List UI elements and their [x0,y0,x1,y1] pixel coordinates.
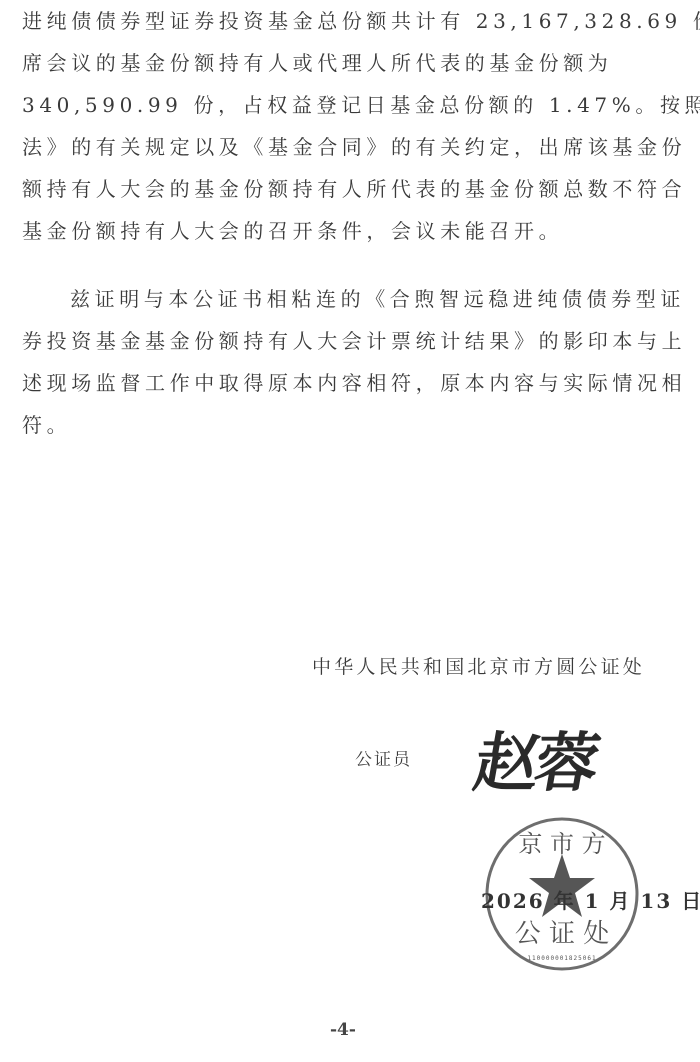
text-line: 券投资基金基金份额持有人大会计票统计结果》的影印本与上 [22,320,682,362]
text-line: 席会议的基金份额持有人或代理人所代表的基金份额为 [22,42,682,84]
paragraph-certification: 兹证明与本公证书相粘连的《合煦智远稳进纯债债券型证 券投资基金基金份额持有人大会… [22,278,682,446]
text-line: 兹证明与本公证书相粘连的《合煦智远稳进纯债债券型证 [22,278,682,320]
text-line: 法》的有关规定以及《基金合同》的有关约定，出席该基金份 [22,126,682,168]
svg-text:京 市 方: 京 市 方 [518,830,605,858]
text-line: 述现场监督工作中取得原本内容相符，原本内容与实际情况相 [22,362,682,404]
paragraph-meeting-result: 进纯债债券型证券投资基金总份额共计有 23,167,328.69 份。出 席会议… [22,0,682,252]
svg-text:公 证 处: 公 证 处 [515,919,610,949]
svg-text:110000001825061: 110000001825061 [527,955,596,962]
text-line: 340,590.99 份，占权益登记日基金总份额的 1.47%。按照《基金 [22,84,682,126]
signature: 赵蓉 [468,712,604,804]
notary-label: 公证员 [355,745,412,770]
text-line: 额持有人大会的基金份额持有人所代表的基金份额总数不符合 [22,168,682,210]
date: 2026 年 1 月 13 日 [481,885,700,914]
text-line: 符。 [22,404,682,446]
text-line: 基金份额持有人大会的召开条件，会议未能召开。 [22,210,682,252]
text-line: 进纯债债券型证券投资基金总份额共计有 23,167,328.69 份。出 [22,0,682,42]
page-number: -4- [330,1020,356,1040]
issuer-name: 中华人民共和国北京市方圆公证处 [312,652,645,679]
